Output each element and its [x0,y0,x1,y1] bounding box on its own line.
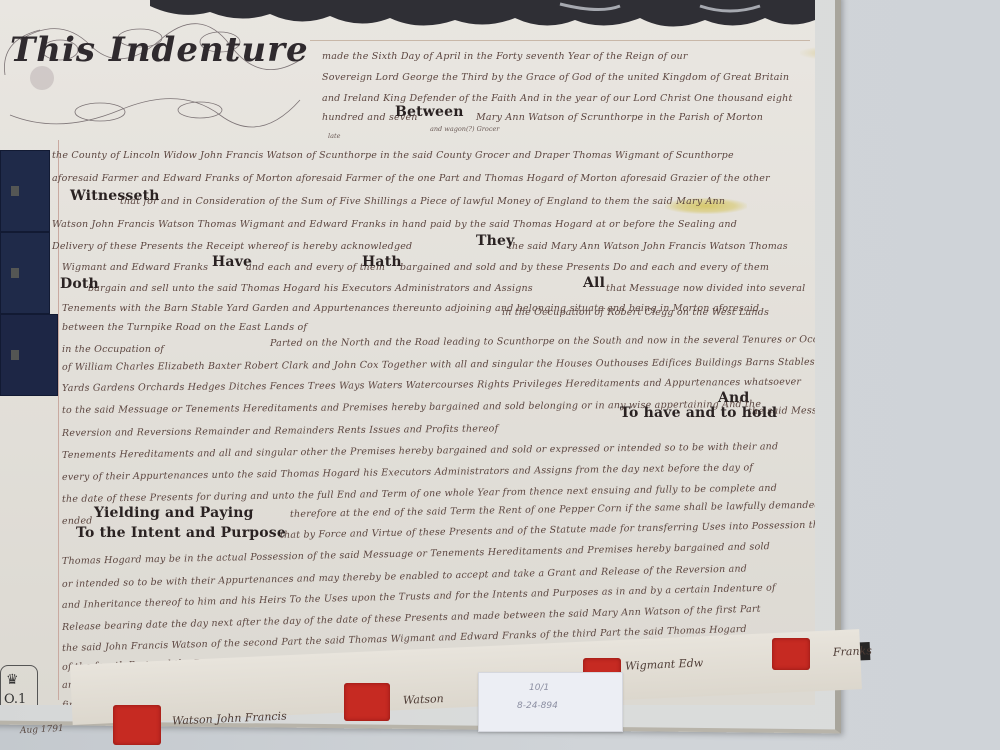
text-line: of William Charles Elizabeth Baxter Robe… [62,357,815,373]
emphasized-word: Yielding and Paying [94,505,254,521]
text-line: that by Force and Virtue of these Presen… [280,519,815,541]
text-line: Yards Gardens Orchards Hedges Ditches Fe… [62,377,801,394]
label-line-1: 10/1 [529,683,549,693]
text-line: made the Sixth Day of April in the Forty… [322,51,688,62]
text-line: Thomas Hogard may be in the actual Posse… [62,541,770,567]
text-line: Delivery of these Presents the Receipt w… [52,241,412,252]
signature: Franks [833,644,872,659]
duty-stamp-1 [0,150,50,232]
interlinear-note: late [328,132,340,140]
text-line: bargain and sell unto the said Thomas Ho… [88,283,533,294]
emphasized-word: To have and to hold [620,405,777,421]
text-line: Sovereign Lord George the Third by the G… [322,72,789,83]
duty-stamp-3 [0,314,58,396]
duty-stamp-2 [0,232,50,314]
revenue-stamp: ♛ O.1 [0,665,38,705]
text-line: Reversion and Reversions Remainder and R… [62,423,498,439]
stain-mark [800,46,815,60]
signature: Watson [403,692,444,707]
wax-seal [772,638,810,670]
emphasized-word: To the Intent and Purpose [76,525,286,541]
catalogue-label: 10/1 8-24-894 [478,672,623,732]
text-line: aforesaid Farmer and Edward Franks of Mo… [52,173,770,184]
text-line: Tenements Hereditaments and all and sing… [62,441,778,461]
interlinear-note: and wagon(?) Grocer [430,125,499,133]
emphasized-word: They [476,233,514,249]
indenture-parchment: This Indenture made the Sixth Day of Apr… [0,0,815,705]
text-line: in the Occupation of [62,344,164,355]
text-line: Wigmant and Edward Franks [62,262,208,273]
document-title: This Indenture [10,30,309,70]
text-line: in the Occupation of Robert Clegg on the… [502,307,769,318]
text-line: every of their Appurtenances unto the sa… [62,462,753,483]
text-line: therefore at the end of the said Term th… [290,500,815,520]
text-line: Parted on the North and the Road leading… [270,334,815,349]
wax-seal [344,683,390,721]
text-line: bargained and sold and by these Presents… [400,262,769,273]
wax-seal [113,705,161,745]
text-line: the said Mary Ann Watson John Francis Wa… [508,241,788,252]
stamp-value: O.1 [4,692,26,705]
emphasized-word: Witnesseth [70,188,160,204]
emphasized-word: Hath [362,254,402,270]
text-line: Mary Ann Watson of Scrunthorpe in the Pa… [476,112,763,123]
crown-icon: ♛ [6,672,19,688]
emphasized-word: All [583,275,605,291]
text-line: that for and in Consideration of the Sum… [120,196,725,207]
text-line: Watson John Francis Watson Thomas Wigman… [52,219,737,230]
text-line: the County of Lincoln Widow John Francis… [52,150,734,161]
label-line-2: 8-24-894 [517,701,558,711]
emphasized-word: Doth [60,276,99,292]
emphasized-word: Between [395,104,464,120]
emphasized-word: Have [212,254,252,270]
indenture-heading: This Indenture [0,20,320,130]
text-line: and Ireland King Defender of the Faith A… [322,93,793,104]
emphasized-word: And [718,390,749,406]
text-line: between the Turnpike Road on the East La… [62,322,307,333]
ruled-line [310,40,810,41]
text-line: that Messuage now divided into several [606,283,805,294]
